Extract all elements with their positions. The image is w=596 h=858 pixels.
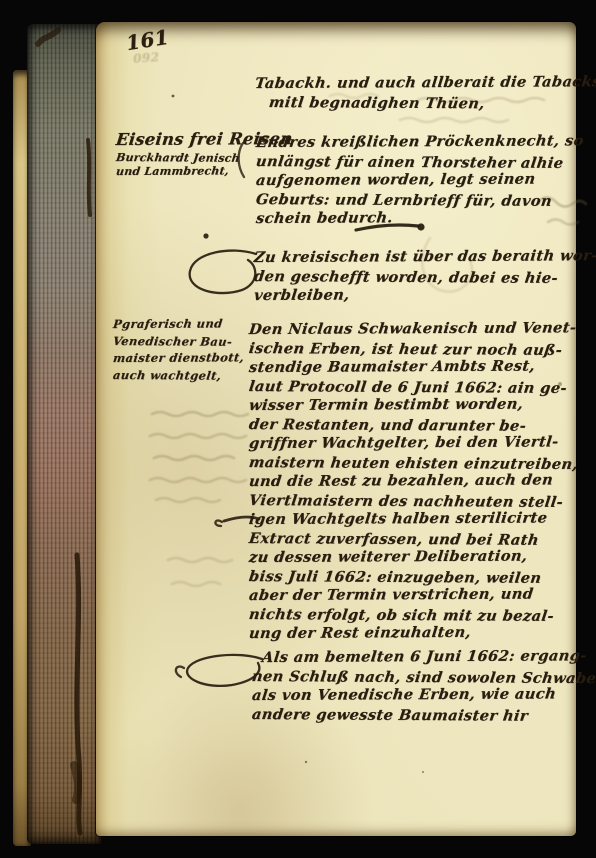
margin-note-line: auch wachtgelt, <box>112 367 245 385</box>
text-line: stendige Baumaister Ambts Rest, <box>248 356 580 377</box>
text-line: mitl begnadighen Thüen, <box>268 93 596 114</box>
manuscript-photo: 161 092 Tabackh. und auch allberait die … <box>0 0 596 858</box>
text-line: ung der Rest einzuhalten, <box>248 622 580 643</box>
text-line: Als am bemelten 6 Juni 1662: ergang- <box>261 646 596 667</box>
text-line: schein bedurch. <box>255 207 585 228</box>
text-line: andere gewesste Baumaister hir <box>251 705 596 726</box>
margin-note-line: maister dienstbott, <box>112 349 245 367</box>
margin-note-2: Pgraferisch und Venedischer Bau- maister… <box>113 316 244 384</box>
text-line: aber der Termin verstrichen, und <box>248 584 580 605</box>
paragraph-5: Als am bemelten 6 Juni 1662: ergang- nen… <box>262 648 596 724</box>
paragraph-2: Endres kreißlichen Pröckenknecht, so unl… <box>256 133 584 228</box>
margin-note-line: Venedischer Bau- <box>112 333 245 351</box>
text-line: griffner Wachtgelter, bei den Viertl- <box>248 432 580 453</box>
text-line: zu dessen weiterer Deliberation, <box>248 546 580 567</box>
margin-note-line: Pgraferisch und <box>112 315 245 333</box>
text-line: Zu kreisischen ist über das beraith wor- <box>253 246 596 267</box>
text-line: aufgenomen worden, legt seinen <box>255 169 585 190</box>
text-line: und die Rest zu bezahlen, auch den <box>248 470 580 491</box>
faint-stamp-number: 092 <box>133 50 160 66</box>
paragraph-3: Zu kreisischen ist über das beraith wor-… <box>254 248 596 305</box>
text-line: wisser Termin bestimbt worden, <box>248 394 580 415</box>
text-line: verbleiben, <box>253 284 596 305</box>
text-line: Den Niclaus Schwakenisch und Venet- <box>248 318 580 339</box>
text-line: Tabackh. und auch allberait die Tabacks <box>254 72 596 93</box>
text-line: Endres kreißlichen Pröckenknecht, so <box>255 131 585 152</box>
paragraph-1: Tabackh. und auch allberait die Tabacks … <box>255 74 596 112</box>
book-page-block-edge <box>27 24 101 844</box>
text-line: igen Wachtgelts halben sterilicirte <box>248 508 580 529</box>
paragraph-4: Den Niclaus Schwakenisch und Venet- isch… <box>249 320 578 643</box>
text-line: als von Venedische Erben, wie auch <box>251 684 596 705</box>
